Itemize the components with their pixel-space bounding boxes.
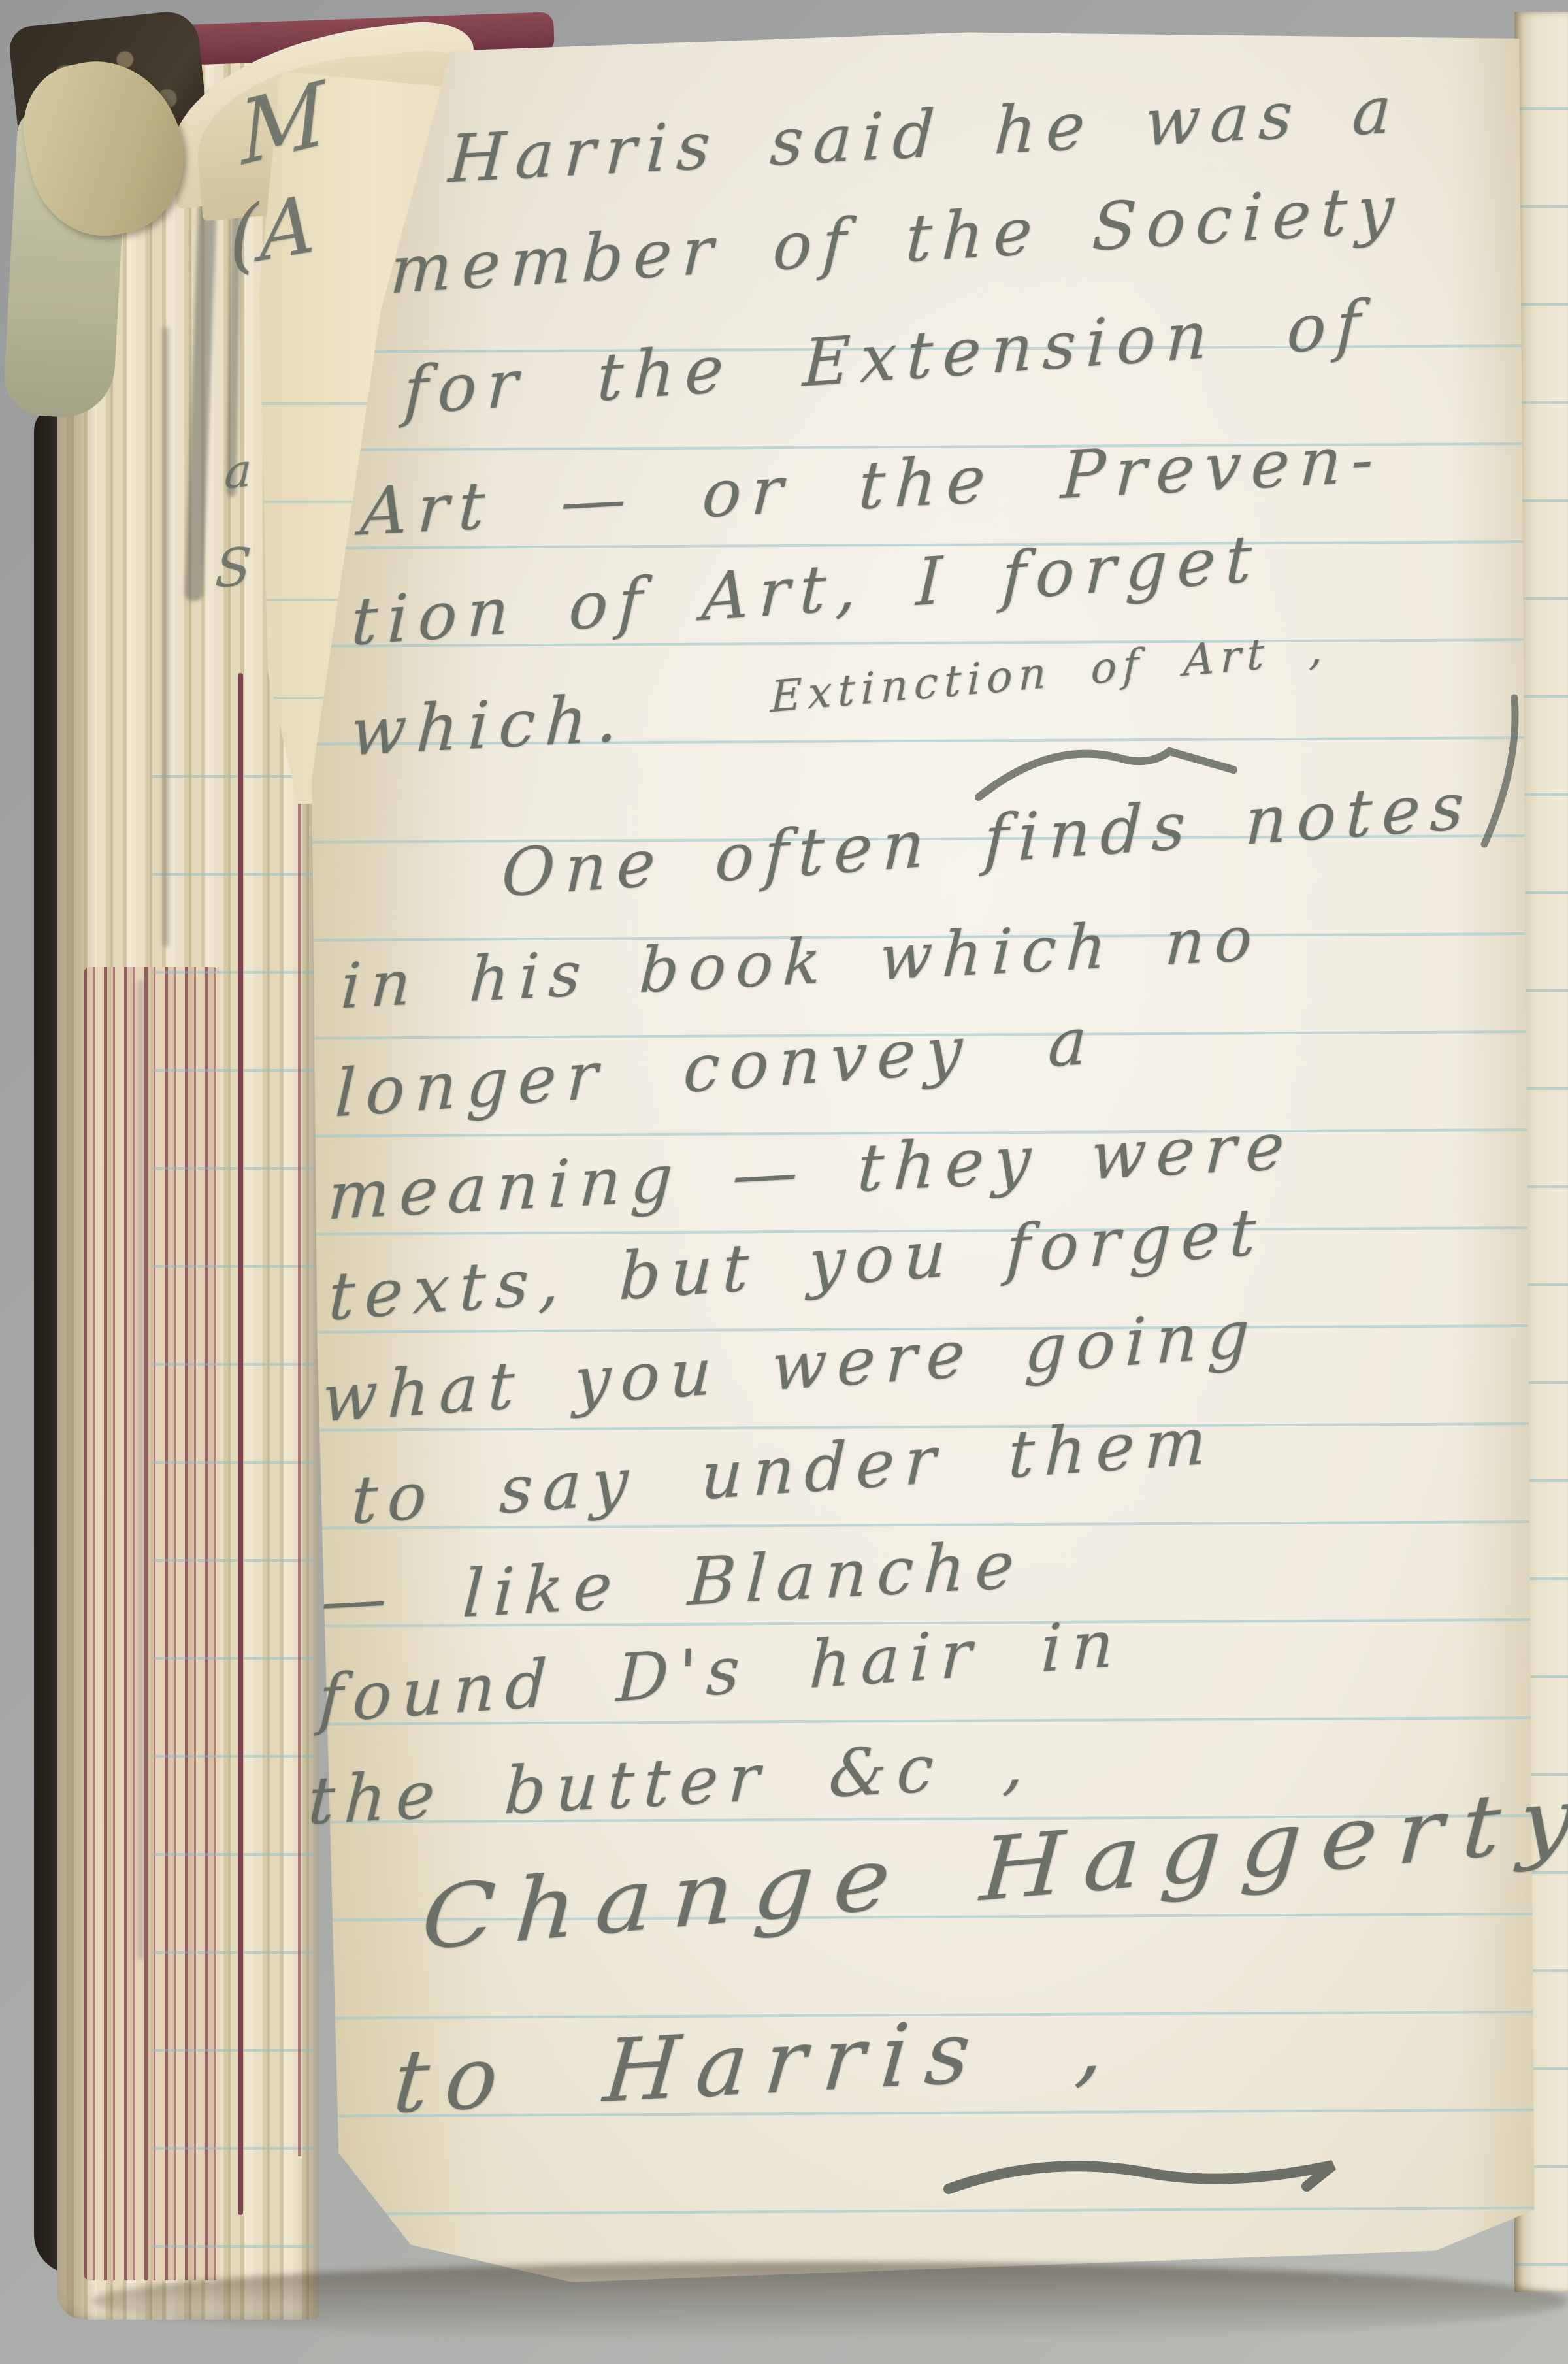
margin-partial-letter: (A [227, 178, 316, 285]
margin-partial-letter: a [223, 443, 252, 500]
margin-partial-letter: S [213, 536, 253, 600]
graphite-smudge [162, 327, 169, 947]
photo-of-notebook: { "document": { "kind_label": "handwritt… [0, 0, 1568, 2364]
maroon-edge-line [238, 673, 243, 2215]
book-bottom-shadow [91, 2262, 1568, 2340]
comma-flourish [1457, 693, 1529, 849]
underlying-page-rules [152, 680, 315, 2248]
caret-flourish [973, 732, 1248, 817]
margin-partial-letter: M [237, 62, 329, 186]
underline-flourish [941, 2143, 1346, 2215]
handwriting-line: which. [349, 680, 630, 771]
graphite-smudge [137, 980, 144, 1960]
maroon-edge-line [298, 745, 301, 2156]
